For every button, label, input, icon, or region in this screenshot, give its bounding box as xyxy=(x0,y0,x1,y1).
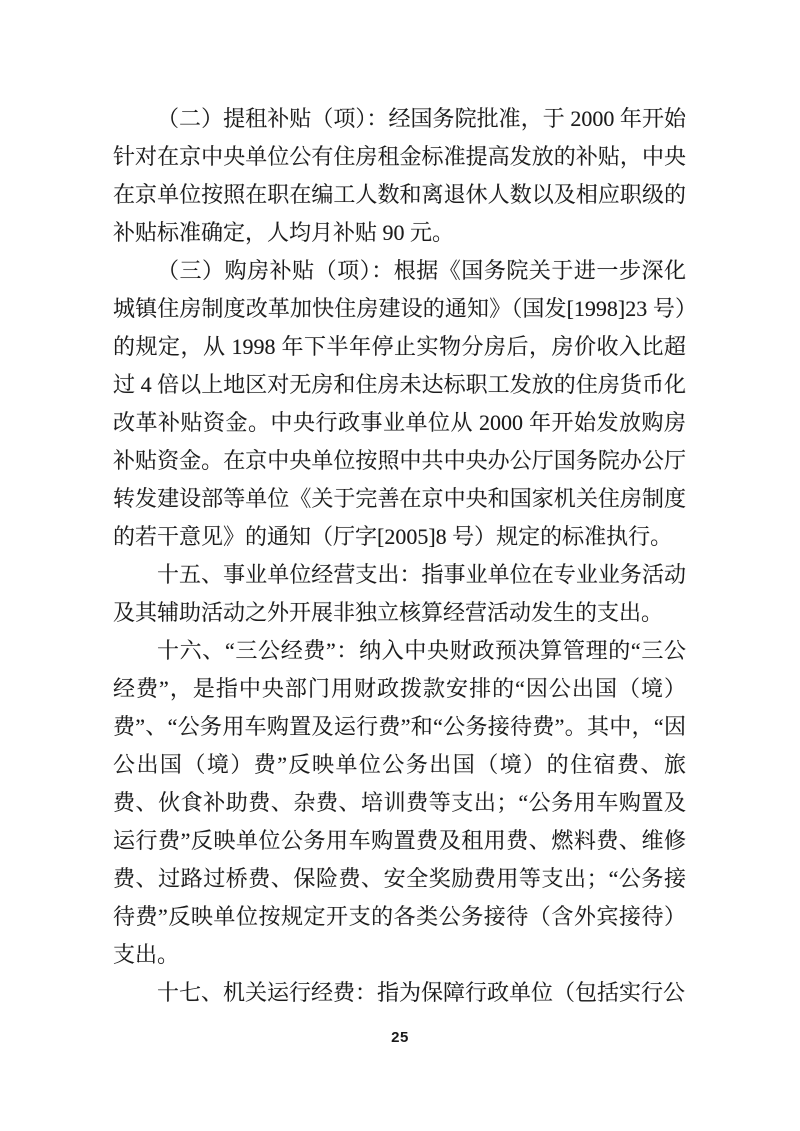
paragraph-shiye-danwei-jingying-zhichu: 十五、事业单位经营支出：指事业单位在专业业务活动及其辅助活动之外开展非独立核算经… xyxy=(113,556,686,632)
page-number: 25 xyxy=(0,1029,800,1046)
document-body: （二）提租补贴（项）：经国务院批准，于 2000 年开始针对在京中央单位公有住房… xyxy=(113,100,686,1012)
paragraph-sangong-jingfei: 十六、“三公经费”：纳入中央财政预决算管理的“三公经费”，是指中央部门用财政拨款… xyxy=(113,632,686,974)
document-page: （二）提租补贴（项）：经国务院批准，于 2000 年开始针对在京中央单位公有住房… xyxy=(0,0,800,1131)
paragraph-jiguan-yunxing-jingfei: 十七、机关运行经费：指为保障行政单位（包括实行公 xyxy=(113,974,686,1012)
paragraph-goufang-butie: （三）购房补贴（项）：根据《国务院关于进一步深化城镇住房制度改革加快住房建设的通… xyxy=(113,252,686,556)
paragraph-tizu-butie: （二）提租补贴（项）：经国务院批准，于 2000 年开始针对在京中央单位公有住房… xyxy=(113,100,686,252)
